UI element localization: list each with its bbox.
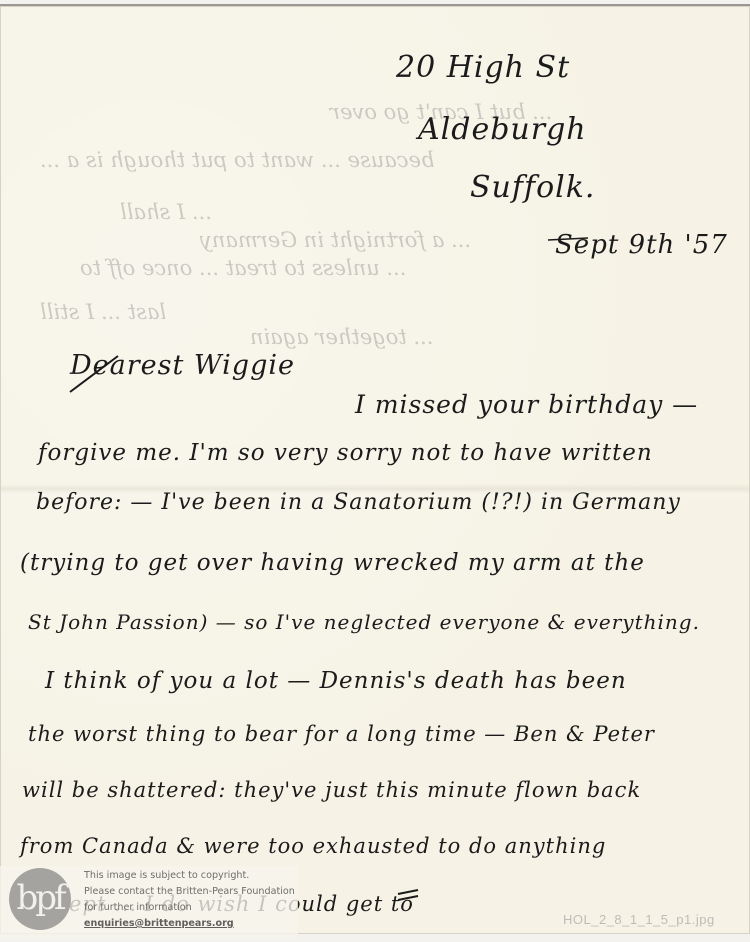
contact-notice: Please contact the Britten-Pears Foundat… [84,886,295,897]
bpf-logo: bpf [9,868,71,930]
further-info-notice: for further information [84,902,192,913]
image-filename: HOL_2_8_1_1_5_p1.jpg [563,912,715,927]
copyright-notice: This image is subject to copyright. [84,870,249,881]
ink-flourishes [0,0,750,942]
enquiries-email-link[interactable]: enquiries@brittenpears.org [84,918,234,929]
